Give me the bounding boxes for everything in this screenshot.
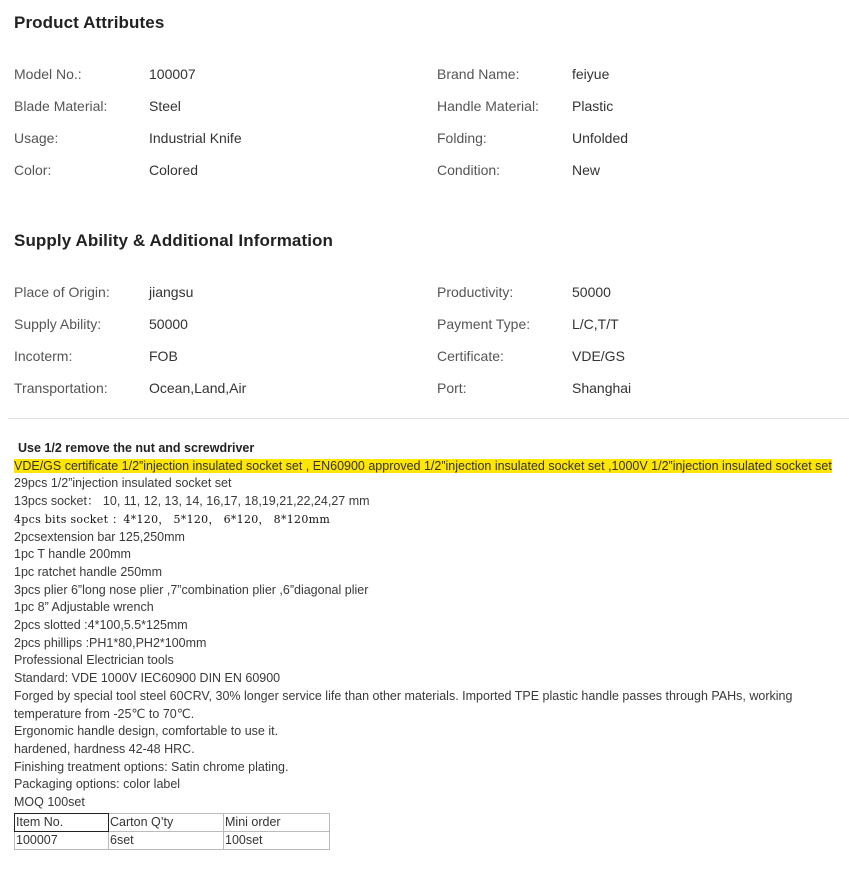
description-line: Ergonomic handle design, comfortable to … <box>14 723 844 741</box>
table-header-carton-qty: Carton Q’ty <box>109 813 224 831</box>
table-cell-carton-qty: 6set <box>109 831 224 849</box>
attr-value-incoterm: FOB <box>149 346 178 366</box>
attr-label-certificate: Certificate: <box>437 346 504 366</box>
description-line: MOQ 100set <box>14 794 844 812</box>
attr-row: Color: Colored Condition: New <box>14 160 849 192</box>
attr-label-productivity: Productivity: <box>437 282 513 302</box>
attr-label-supply-ability: Supply Ability: <box>14 314 101 334</box>
attr-label-blade-material: Blade Material: <box>14 96 107 116</box>
product-attributes-title: Product Attributes <box>14 13 164 33</box>
attr-value-place-of-origin: jiangsu <box>149 282 193 302</box>
description-headline: Use 1/2 remove the nut and screwdriver <box>14 440 844 458</box>
product-attributes-grid: Model No.: 100007 Brand Name: feiyue Bla… <box>14 64 849 192</box>
attr-label-payment-type: Payment Type: <box>437 314 530 334</box>
table-row: 100007 6set 100set <box>15 831 330 849</box>
attr-value-handle-material: Plastic <box>572 96 613 116</box>
attr-label-color: Color: <box>14 160 51 180</box>
table-header-row: Item No. Carton Q’ty Mini order <box>15 813 330 831</box>
attr-value-color: Colored <box>149 160 198 180</box>
attr-label-brand-name: Brand Name: <box>437 64 519 84</box>
attr-label-place-of-origin: Place of Origin: <box>14 282 110 302</box>
attr-value-transportation: Ocean,Land,Air <box>149 378 246 398</box>
attr-value-condition: New <box>572 160 600 180</box>
description-line: Standard: VDE 1000V IEC60900 DIN EN 6090… <box>14 670 844 688</box>
description-line: hardened, hardness 42-48 HRC. <box>14 741 844 759</box>
description-line: 1pc ratchet handle 250mm <box>14 564 844 582</box>
attr-label-port: Port: <box>437 378 467 398</box>
section-divider <box>8 418 849 419</box>
attr-value-productivity: 50000 <box>572 282 611 302</box>
description-highlight-line: VDE/GS certificate 1/2”injection insulat… <box>14 458 844 476</box>
description-line: 29pcs 1/2”injection insulated socket set <box>14 475 844 493</box>
attr-value-brand-name: feiyue <box>572 64 609 84</box>
supply-info-title: Supply Ability & Additional Information <box>14 231 333 251</box>
description-line: 1pc T handle 200mm <box>14 546 844 564</box>
attr-value-folding: Unfolded <box>572 128 628 148</box>
attr-label-usage: Usage: <box>14 128 58 148</box>
description-line: 3pcs plier 6”long nose plier ,7”combinat… <box>14 582 844 600</box>
order-spec-table: Item No. Carton Q’ty Mini order 100007 6… <box>14 813 330 850</box>
attr-value-port: Shanghai <box>572 378 631 398</box>
attr-value-certificate: VDE/GS <box>572 346 625 366</box>
attr-value-payment-type: L/C,T/T <box>572 314 619 334</box>
attr-row: Usage: Industrial Knife Folding: Unfolde… <box>14 128 849 160</box>
product-description: Use 1/2 remove the nut and screwdriver V… <box>14 440 844 850</box>
description-line: 2pcs phillips :PH1*80,PH2*100mm <box>14 635 844 653</box>
description-line: 1pc 8” Adjustable wrench <box>14 599 844 617</box>
attr-label-folding: Folding: <box>437 128 487 148</box>
description-line: 13pcs socket： 10, 11, 12, 13, 14, 16,17,… <box>14 493 844 511</box>
table-cell-mini-order: 100set <box>224 831 330 849</box>
table-cell-item-no: 100007 <box>15 831 109 849</box>
attr-value-supply-ability: 50000 <box>149 314 188 334</box>
attr-label-condition: Condition: <box>437 160 500 180</box>
description-line: 2pcsextension bar 125,250mm <box>14 529 844 547</box>
table-header-item-no: Item No. <box>15 813 109 831</box>
description-line: Packaging options: color label <box>14 776 844 794</box>
attr-row: Supply Ability: 50000 Payment Type: L/C,… <box>14 314 849 346</box>
description-line: 4pcs bits socket ：4*120， 5*120， 6*120， 8… <box>14 511 844 529</box>
description-line: 2pcs slotted :4*100,5.5*125mm <box>14 617 844 635</box>
attr-label-transportation: Transportation: <box>14 378 108 398</box>
attr-row: Place of Origin: jiangsu Productivity: 5… <box>14 282 849 314</box>
attr-row: Blade Material: Steel Handle Material: P… <box>14 96 849 128</box>
description-line: Finishing treatment options: Satin chrom… <box>14 759 844 777</box>
attr-label-incoterm: Incoterm: <box>14 346 72 366</box>
table-header-mini-order: Mini order <box>224 813 330 831</box>
attr-row: Transportation: Ocean,Land,Air Port: Sha… <box>14 378 849 410</box>
supply-info-grid: Place of Origin: jiangsu Productivity: 5… <box>14 282 849 410</box>
attr-label-handle-material: Handle Material: <box>437 96 539 116</box>
description-line: Forged by special tool steel 60CRV, 30% … <box>14 688 844 723</box>
description-line: Professional Electrician tools <box>14 652 844 670</box>
attr-value-usage: Industrial Knife <box>149 128 242 148</box>
attr-value-model-no: 100007 <box>149 64 196 84</box>
attr-row: Incoterm: FOB Certificate: VDE/GS <box>14 346 849 378</box>
attr-value-blade-material: Steel <box>149 96 181 116</box>
highlighted-certificate-text: VDE/GS certificate 1/2”injection insulat… <box>14 459 832 473</box>
attr-label-model-no: Model No.: <box>14 64 82 84</box>
attr-row: Model No.: 100007 Brand Name: feiyue <box>14 64 849 96</box>
